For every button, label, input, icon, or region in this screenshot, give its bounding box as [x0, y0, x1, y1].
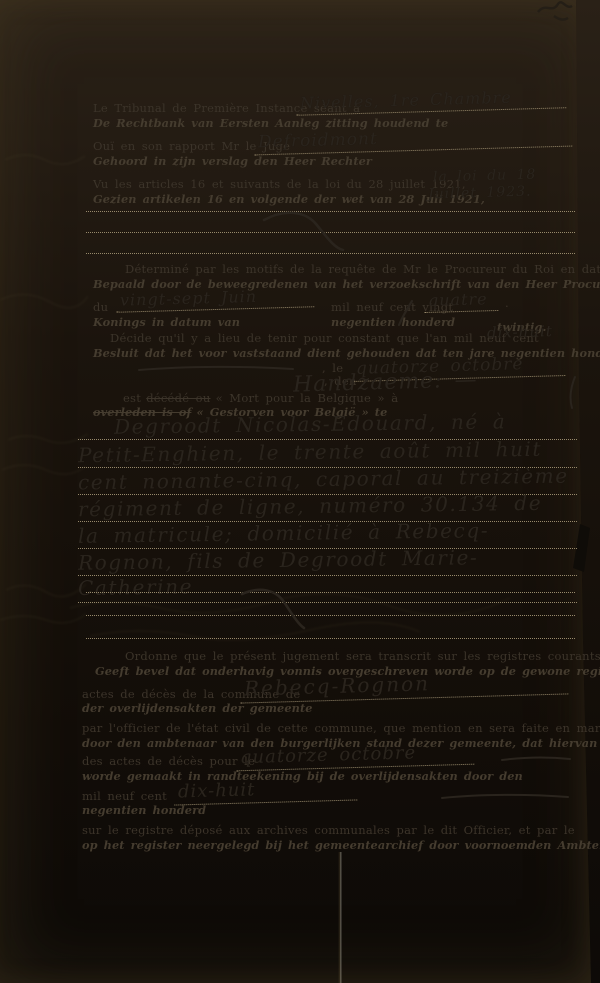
corner-ink-mark: [536, 0, 584, 22]
negentien-honderd-line-nl: negentien honderd: [82, 803, 206, 817]
identity-handwritten-line: la matricule; domicilié à Rebecq-: [78, 521, 577, 549]
negentien-honderd-nl: negentien honderd: [331, 315, 455, 329]
du-label-fr: du: [93, 300, 108, 314]
annee-period: .: [505, 296, 509, 310]
ordonne-line-fr: Ordonne que le présent jugement sera tra…: [125, 649, 600, 663]
actes-pour-le-line-fr: des actes de décès pour le: [82, 754, 255, 768]
vu-articles-line-nl: Gezien artikelen 16 en volgende der wet …: [93, 192, 485, 206]
pen-dash-mark: [500, 755, 572, 763]
identity-handwritten-line: Catherine .: [78, 575, 577, 603]
pen-dash-mark: [440, 792, 570, 802]
identity-handwritten-line: Rognon, fils de Degroodt Marie-: [78, 548, 577, 576]
bleed-through-writing: [0, 140, 90, 660]
pen-tick-mark: [567, 376, 577, 410]
deces-place-handwritten: Handzaeme: —: [293, 367, 478, 397]
requete-annee-handwritten: quatre: [424, 289, 499, 313]
vu-handwritten-addition-2: Juillet 1923.: [428, 184, 532, 203]
document-photo: Le Tribunal de Première Instance séant à…: [0, 0, 600, 983]
identity-handwritten-line: régiment de ligne, numéro 30.134 de: [78, 494, 577, 522]
register-line-nl: op het register neergelegd bij het gemee…: [82, 838, 600, 852]
rapport-line-nl: Gehoord in zijn verslag den Heer Rechter: [93, 154, 372, 168]
identity-handwritten-line: Degroodt Nicolas-Edouard, né à: [78, 412, 577, 440]
mil-neuf-cent-line-fr: mil neuf cent: [82, 789, 167, 803]
pen-stroke-mark: [238, 588, 308, 630]
decide-line-fr: Décide qu'il y a lieu de tenir pour cons…: [110, 331, 539, 345]
pen-stroke-mark: [258, 210, 350, 255]
overlijdensakten-line-nl: der overlijdensakten der gemeente: [82, 701, 313, 715]
decide-annee-handwritten: dix-huit: [487, 322, 553, 342]
dotted-blank-line: [86, 592, 575, 593]
officier-line-fr: par l'officier de l'état civil de cette …: [82, 721, 600, 735]
dotted-blank-line: [86, 615, 575, 616]
dotted-blank-line: [86, 638, 575, 639]
registre-line-fr: sur le registre déposé aux archives comm…: [82, 823, 575, 837]
vu-articles-line-fr: Vu les articles 16 et suivants de la loi…: [93, 177, 466, 191]
konings-line-nl: Konings in datum van: [93, 315, 240, 329]
pen-dash-long: [137, 364, 295, 374]
determine-line-fr: Déterminé par les motifs de la requête d…: [125, 262, 600, 276]
pen-slash-mark: [398, 300, 414, 326]
vu-handwritten-addition-1: la loi du 18: [433, 167, 537, 186]
ordonne-annee-handwritten: dix-huit: [174, 776, 358, 805]
